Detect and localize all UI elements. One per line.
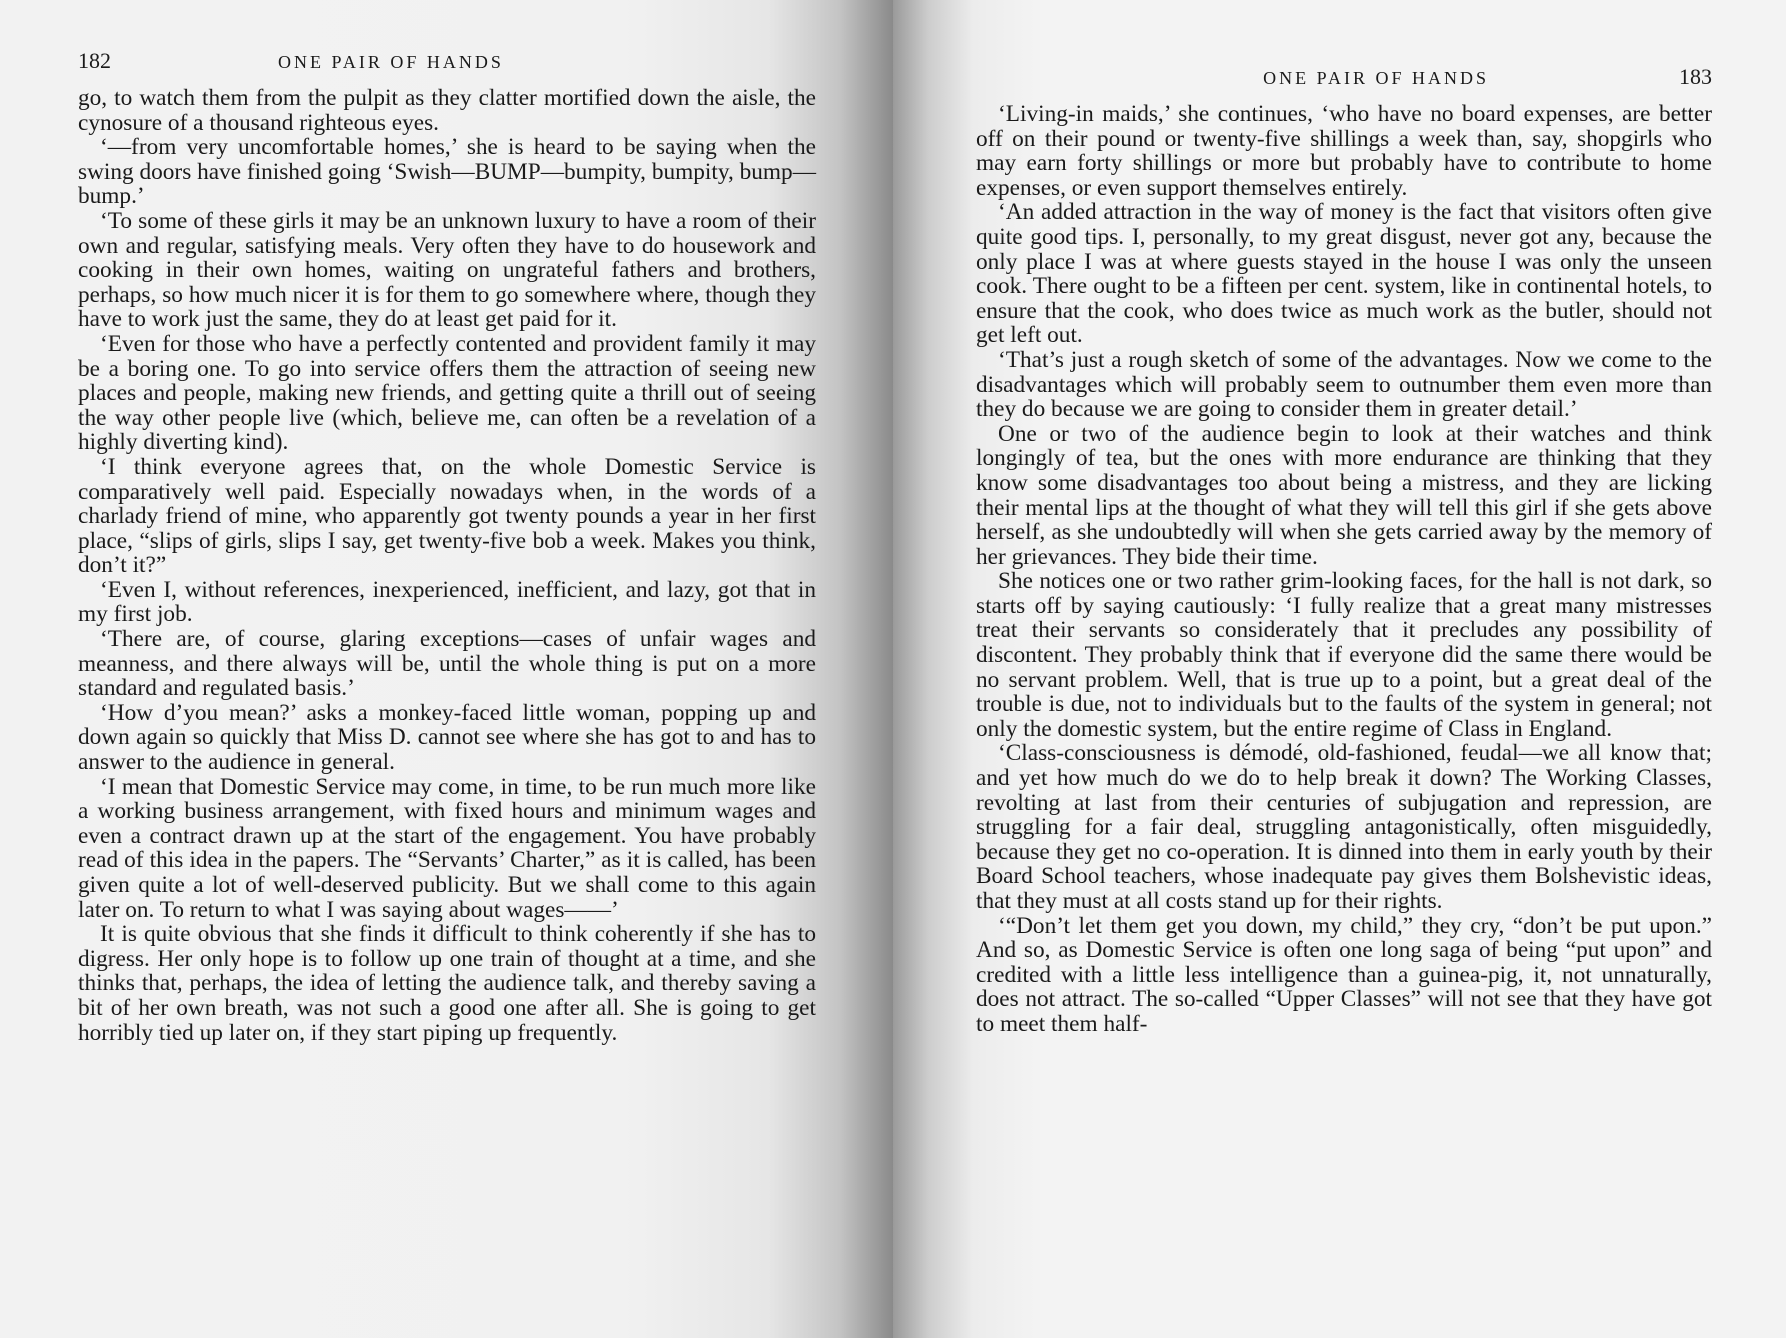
paragraph: ‘Living-in maids,’ she continues, ‘who h… bbox=[976, 102, 1712, 200]
paragraph: ‘Even for those who have a perfectly con… bbox=[78, 332, 816, 455]
right-page-header: ONE PAIR OF HANDS 183 bbox=[976, 64, 1712, 90]
running-head: ONE PAIR OF HANDS bbox=[278, 52, 504, 73]
left-page-body: go, to watch them from the pulpit as the… bbox=[78, 86, 816, 1045]
paragraph: ‘Class-consciousness is démodé, old-fash… bbox=[976, 741, 1712, 913]
paragraph: ‘How d’you mean?’ asks a monkey-faced li… bbox=[78, 701, 816, 775]
paragraph: One or two of the audience begin to look… bbox=[976, 422, 1712, 570]
page-number: 182 bbox=[78, 48, 278, 74]
paragraph: ‘To some of these girls it may be an unk… bbox=[78, 209, 816, 332]
paragraph: ‘I think everyone agrees that, on the wh… bbox=[78, 455, 816, 578]
left-page: 182 ONE PAIR OF HANDS go, to watch them … bbox=[0, 0, 893, 1338]
paragraph: She notices one or two rather grim-looki… bbox=[976, 569, 1712, 741]
right-page-body: ‘Living-in maids,’ she continues, ‘who h… bbox=[976, 102, 1712, 1037]
paragraph: It is quite obvious that she finds it di… bbox=[78, 922, 816, 1045]
paragraph: ‘Even I, without references, inexperienc… bbox=[78, 578, 816, 627]
page-number: 183 bbox=[1679, 64, 1712, 90]
book-spread: 182 ONE PAIR OF HANDS go, to watch them … bbox=[0, 0, 1786, 1338]
right-page: ONE PAIR OF HANDS 183 ‘Living-in maids,’… bbox=[893, 0, 1786, 1338]
paragraph: go, to watch them from the pulpit as the… bbox=[78, 86, 816, 135]
paragraph: ‘There are, of course, glaring exception… bbox=[78, 627, 816, 701]
paragraph: ‘I mean that Domestic Service may come, … bbox=[78, 775, 816, 923]
paragraph: ‘“Don’t let them get you down, my child,… bbox=[976, 914, 1712, 1037]
left-page-header: 182 ONE PAIR OF HANDS bbox=[78, 48, 816, 74]
running-head: ONE PAIR OF HANDS bbox=[1263, 68, 1489, 89]
paragraph: ‘That’s just a rough sketch of some of t… bbox=[976, 348, 1712, 422]
paragraph: ‘—from very uncomfortable homes,’ she is… bbox=[78, 135, 816, 209]
paragraph: ‘An added attraction in the way of money… bbox=[976, 200, 1712, 348]
